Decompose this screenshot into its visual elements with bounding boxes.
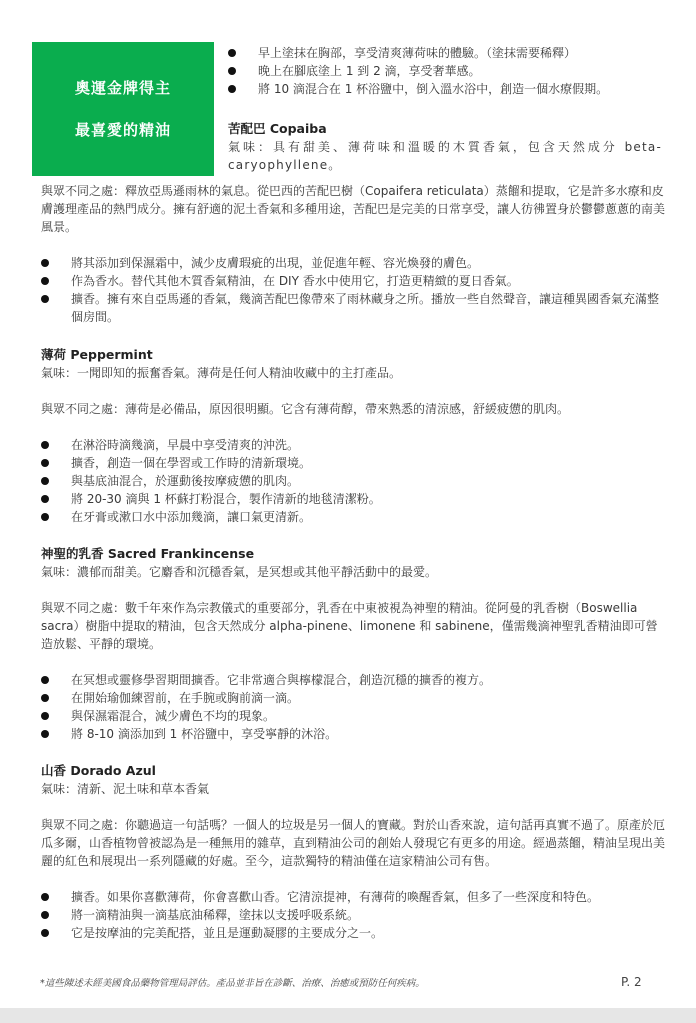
list-item: 它是按摩油的完美配搭，並且是運動凝膠的主要成分之一。 (41, 924, 665, 942)
list-item: 與保濕霜混合，減少膚色不均的現象。 (41, 707, 665, 725)
list-item: 在牙膏或漱口水中添加幾滴，讓口氣更清新。 (41, 508, 665, 526)
section-title: 薄荷 Peppermint (41, 346, 665, 364)
list-item: 將其添加到保濕霜中，減少皮膚瑕疵的出現，並促進年輕、容光煥發的膚色。 (41, 254, 665, 272)
scent-text: 氣味：濃郁而甜美。它麝香和沉穩香氣，是冥想或其他平靜活動中的最愛。 (41, 563, 665, 581)
scent-text: 氣味：清新、泥土味和草本香氣 (41, 780, 665, 798)
list-item: 在冥想或靈修學習期間擴香。它非常適合與檸檬混合，創造沉穩的擴香的複方。 (41, 671, 665, 689)
list-item: 早上塗抹在胸部，享受清爽薄荷味的體驗。（塗抹需要稀釋） (228, 44, 668, 62)
list-item: 晚上在腳底塗上 1 到 2 滴，享受奢華感。 (228, 62, 668, 80)
section-dorado-azul: 山香 Dorado Azul 氣味：清新、泥土味和草本香氣 與眾不同之處：你聽過… (41, 762, 665, 942)
section-title: 苦配巴 Copaiba (228, 120, 662, 138)
list-item: 將 8-10 滴添加到 1 杯浴鹽中，享受寧靜的沐浴。 (41, 725, 665, 743)
section-frankincense: 神聖的乳香 Sacred Frankincense 氣味：濃郁而甜美。它麝香和沉… (41, 545, 665, 743)
banner-line-2: 最喜愛的精油 (75, 120, 171, 140)
list-item: 在淋浴時滴幾滴，早晨中享受清爽的沖洗。 (41, 436, 665, 454)
list-item: 作為香水。替代其他木質香氣精油，在 DIY 香水中使用它，打造更精緻的夏日香氣。 (41, 272, 665, 290)
top-bullet-list: 早上塗抹在胸部，享受清爽薄荷味的體驗。（塗抹需要稀釋） 晚上在腳底塗上 1 到 … (228, 44, 668, 98)
list-item: 擴香，創造一個在學習或工作時的清新環境。 (41, 454, 665, 472)
bullet-list: 擴香。如果你喜歡薄荷，你會喜歡山香。它清涼提神，有薄荷的喚醒香氣，但多了一些深度… (41, 888, 665, 942)
section-copaiba-header: 苦配巴 Copaiba 氣味：具有甜美、薄荷味和溫暖的木質香氣，包含天然成分 b… (228, 120, 662, 174)
list-item: 將一滴精油與一滴基底油稀釋，塗抹以支援呼吸系統。 (41, 906, 665, 924)
page-number: P. 2 (621, 975, 642, 989)
scent-text: 氣味：具有甜美、薄荷味和溫暖的木質香氣，包含天然成分 beta-caryophy… (228, 138, 662, 174)
difference-text: 與眾不同之處：薄荷是必備品，原因很明顯。它含有薄荷醇，帶來熟悉的清涼感，舒緩疲憊… (41, 400, 665, 418)
banner-line-1: 奧運金牌得主 (75, 78, 171, 98)
viewer-bottom-bar (0, 1008, 696, 1023)
list-item: 將 20-30 滴與 1 杯蘇打粉混合，製作清新的地毯清潔粉。 (41, 490, 665, 508)
scent-text: 氣味：一聞即知的振奮香氣。薄荷是任何人精油收藏中的主打產品。 (41, 364, 665, 382)
bullet-list: 將其添加到保濕霜中，減少皮膚瑕疵的出現，並促進年輕、容光煥發的膚色。 作為香水。… (41, 254, 665, 326)
list-item: 與基底油混合，於運動後按摩疲憊的肌肉。 (41, 472, 665, 490)
list-item: 將 10 滴混合在 1 杯浴鹽中，倒入溫水浴中，創造一個水療假期。 (228, 80, 668, 98)
difference-text: 與眾不同之處：釋放亞馬遜雨林的氣息。從巴西的苦配巴樹（Copaifera ret… (41, 182, 665, 236)
section-peppermint: 薄荷 Peppermint 氣味：一聞即知的振奮香氣。薄荷是任何人精油收藏中的主… (41, 346, 665, 526)
banner-box: 奧運金牌得主 最喜愛的精油 (32, 42, 214, 176)
list-item: 擴香。擁有來自亞馬遜的香氣，幾滴苦配巴像帶來了雨林藏身之所。播放一些自然聲音，讓… (41, 290, 665, 326)
section-copaiba-body: 與眾不同之處：釋放亞馬遜雨林的氣息。從巴西的苦配巴樹（Copaifera ret… (41, 182, 665, 326)
section-title: 山香 Dorado Azul (41, 762, 665, 780)
difference-text: 與眾不同之處：你聽過這一句話嗎？一個人的垃圾是另一個人的寶藏。對於山香來說，這句… (41, 816, 665, 870)
bullet-list: 在淋浴時滴幾滴，早晨中享受清爽的沖洗。 擴香，創造一個在學習或工作時的清新環境。… (41, 436, 665, 526)
section-title: 神聖的乳香 Sacred Frankincense (41, 545, 665, 563)
disclaimer-text: *這些陳述未經美國食品藥物管理局評估。產品並非旨在診斷、治療、治癒或預防任何疾病… (40, 975, 425, 989)
document-page: 奧運金牌得主 最喜愛的精油 早上塗抹在胸部，享受清爽薄荷味的體驗。（塗抹需要稀釋… (0, 0, 696, 1008)
list-item: 在開始瑜伽練習前，在手腕或胸前滴一滴。 (41, 689, 665, 707)
bullet-list: 在冥想或靈修學習期間擴香。它非常適合與檸檬混合，創造沉穩的擴香的複方。 在開始瑜… (41, 671, 665, 743)
list-item: 擴香。如果你喜歡薄荷，你會喜歡山香。它清涼提神，有薄荷的喚醒香氣，但多了一些深度… (41, 888, 665, 906)
difference-text: 與眾不同之處：數千年來作為宗教儀式的重要部分，乳香在中東被視為神聖的精油。從阿曼… (41, 599, 665, 653)
